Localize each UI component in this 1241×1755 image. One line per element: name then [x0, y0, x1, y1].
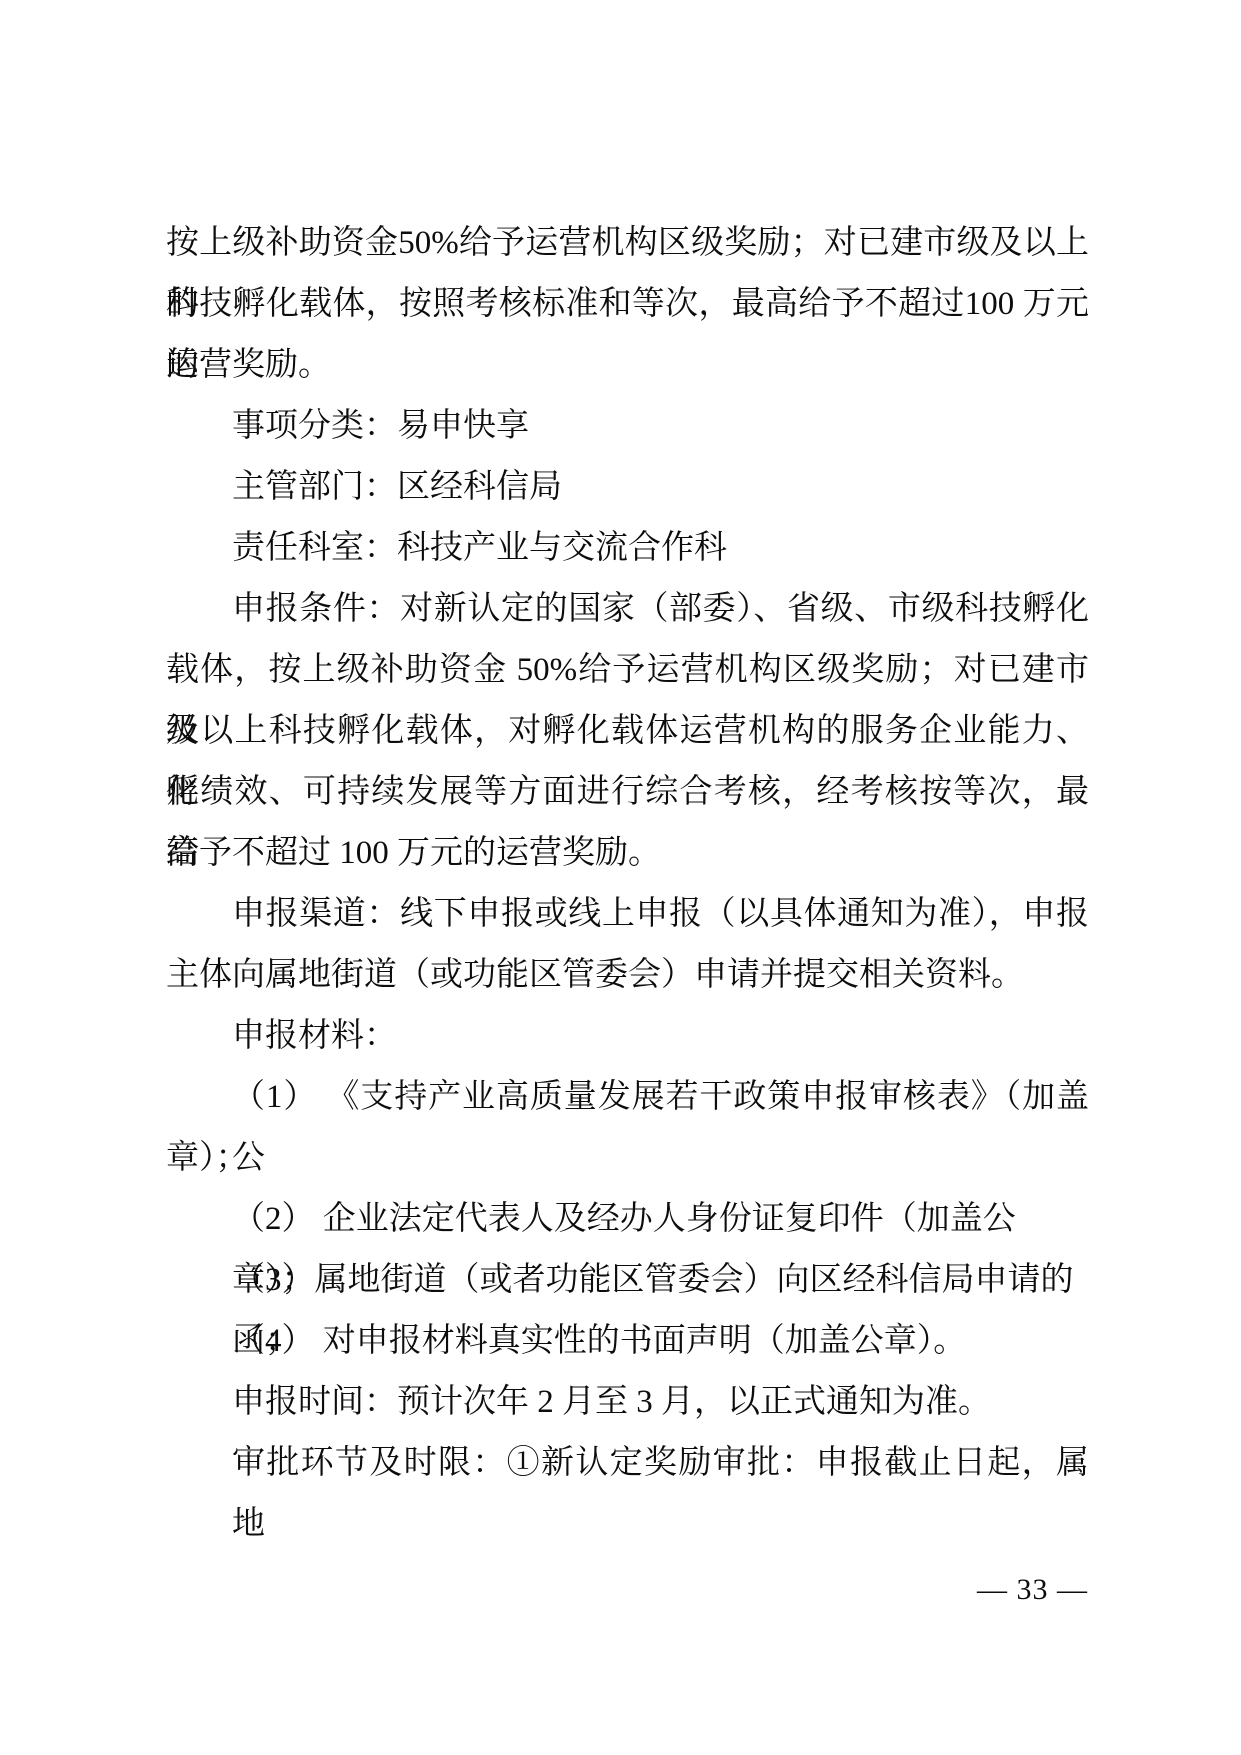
text-line: 申报条件：对新认定的国家（部委）、省级、市级科技孵化 — [166, 579, 1089, 640]
text-line: 责任科室：科技产业与交流合作科 — [166, 518, 1089, 579]
document-body: 按上级补助资金50%给予运营机构区级奖励；对已建市级及以上的科技孵化载体，按照考… — [166, 213, 1089, 1494]
text-line: 申报时间：预计次年 2 月至 3 月，以正式通知为准。 — [166, 1372, 1089, 1433]
text-line: 主管部门：区经科信局 — [166, 457, 1089, 518]
text-line: 章）； — [166, 1128, 1089, 1189]
text-line: 申报渠道：线下申报或线上申报（以具体通知为准），申报 — [166, 884, 1089, 945]
page-footer: — 33 — — [977, 1572, 1088, 1608]
text-line: （4） 对申报材料真实性的书面声明（加盖公章）。 — [166, 1311, 1089, 1372]
text-line: 科技孵化载体，按照考核标准和等次，最高给予不超过100 万元的 — [166, 274, 1089, 335]
text-line: 及以上科技孵化载体，对孵化载体运营机构的服务企业能力、孵 — [166, 701, 1089, 762]
text-line: 审批环节及时限：①新认定奖励审批：申报截止日起，属地 — [166, 1433, 1089, 1494]
text-line: 事项分类：易申快享 — [166, 396, 1089, 457]
text-line: （1） 《支持产业高质量发展若干政策申报审核表》（加盖公 — [166, 1067, 1089, 1128]
text-line: 主体向属地街道（或功能区管委会）申请并提交相关资料。 — [166, 945, 1089, 1006]
text-line: 载体，按上级补助资金 50%给予运营机构区级奖励；对已建市级 — [166, 640, 1089, 701]
document-page: 按上级补助资金50%给予运营机构区级奖励；对已建市级及以上的科技孵化载体，按照考… — [0, 0, 1241, 1755]
text-line: （2） 企业法定代表人及经办人身份证复印件（加盖公章）； — [166, 1189, 1089, 1250]
page-number: — 33 — — [977, 1573, 1088, 1606]
text-line: （3）属地街道（或者功能区管委会）向区经科信局申请的函； — [166, 1250, 1089, 1311]
text-line: 申报材料： — [166, 1006, 1089, 1067]
text-line: 化绩效、可持续发展等方面进行综合考核，经考核按等次，最高 — [166, 762, 1089, 823]
text-line: 运营奖励。 — [166, 335, 1089, 396]
text-line: 按上级补助资金50%给予运营机构区级奖励；对已建市级及以上的 — [166, 213, 1089, 274]
text-line: 给予不超过 100 万元的运营奖励。 — [166, 823, 1089, 884]
